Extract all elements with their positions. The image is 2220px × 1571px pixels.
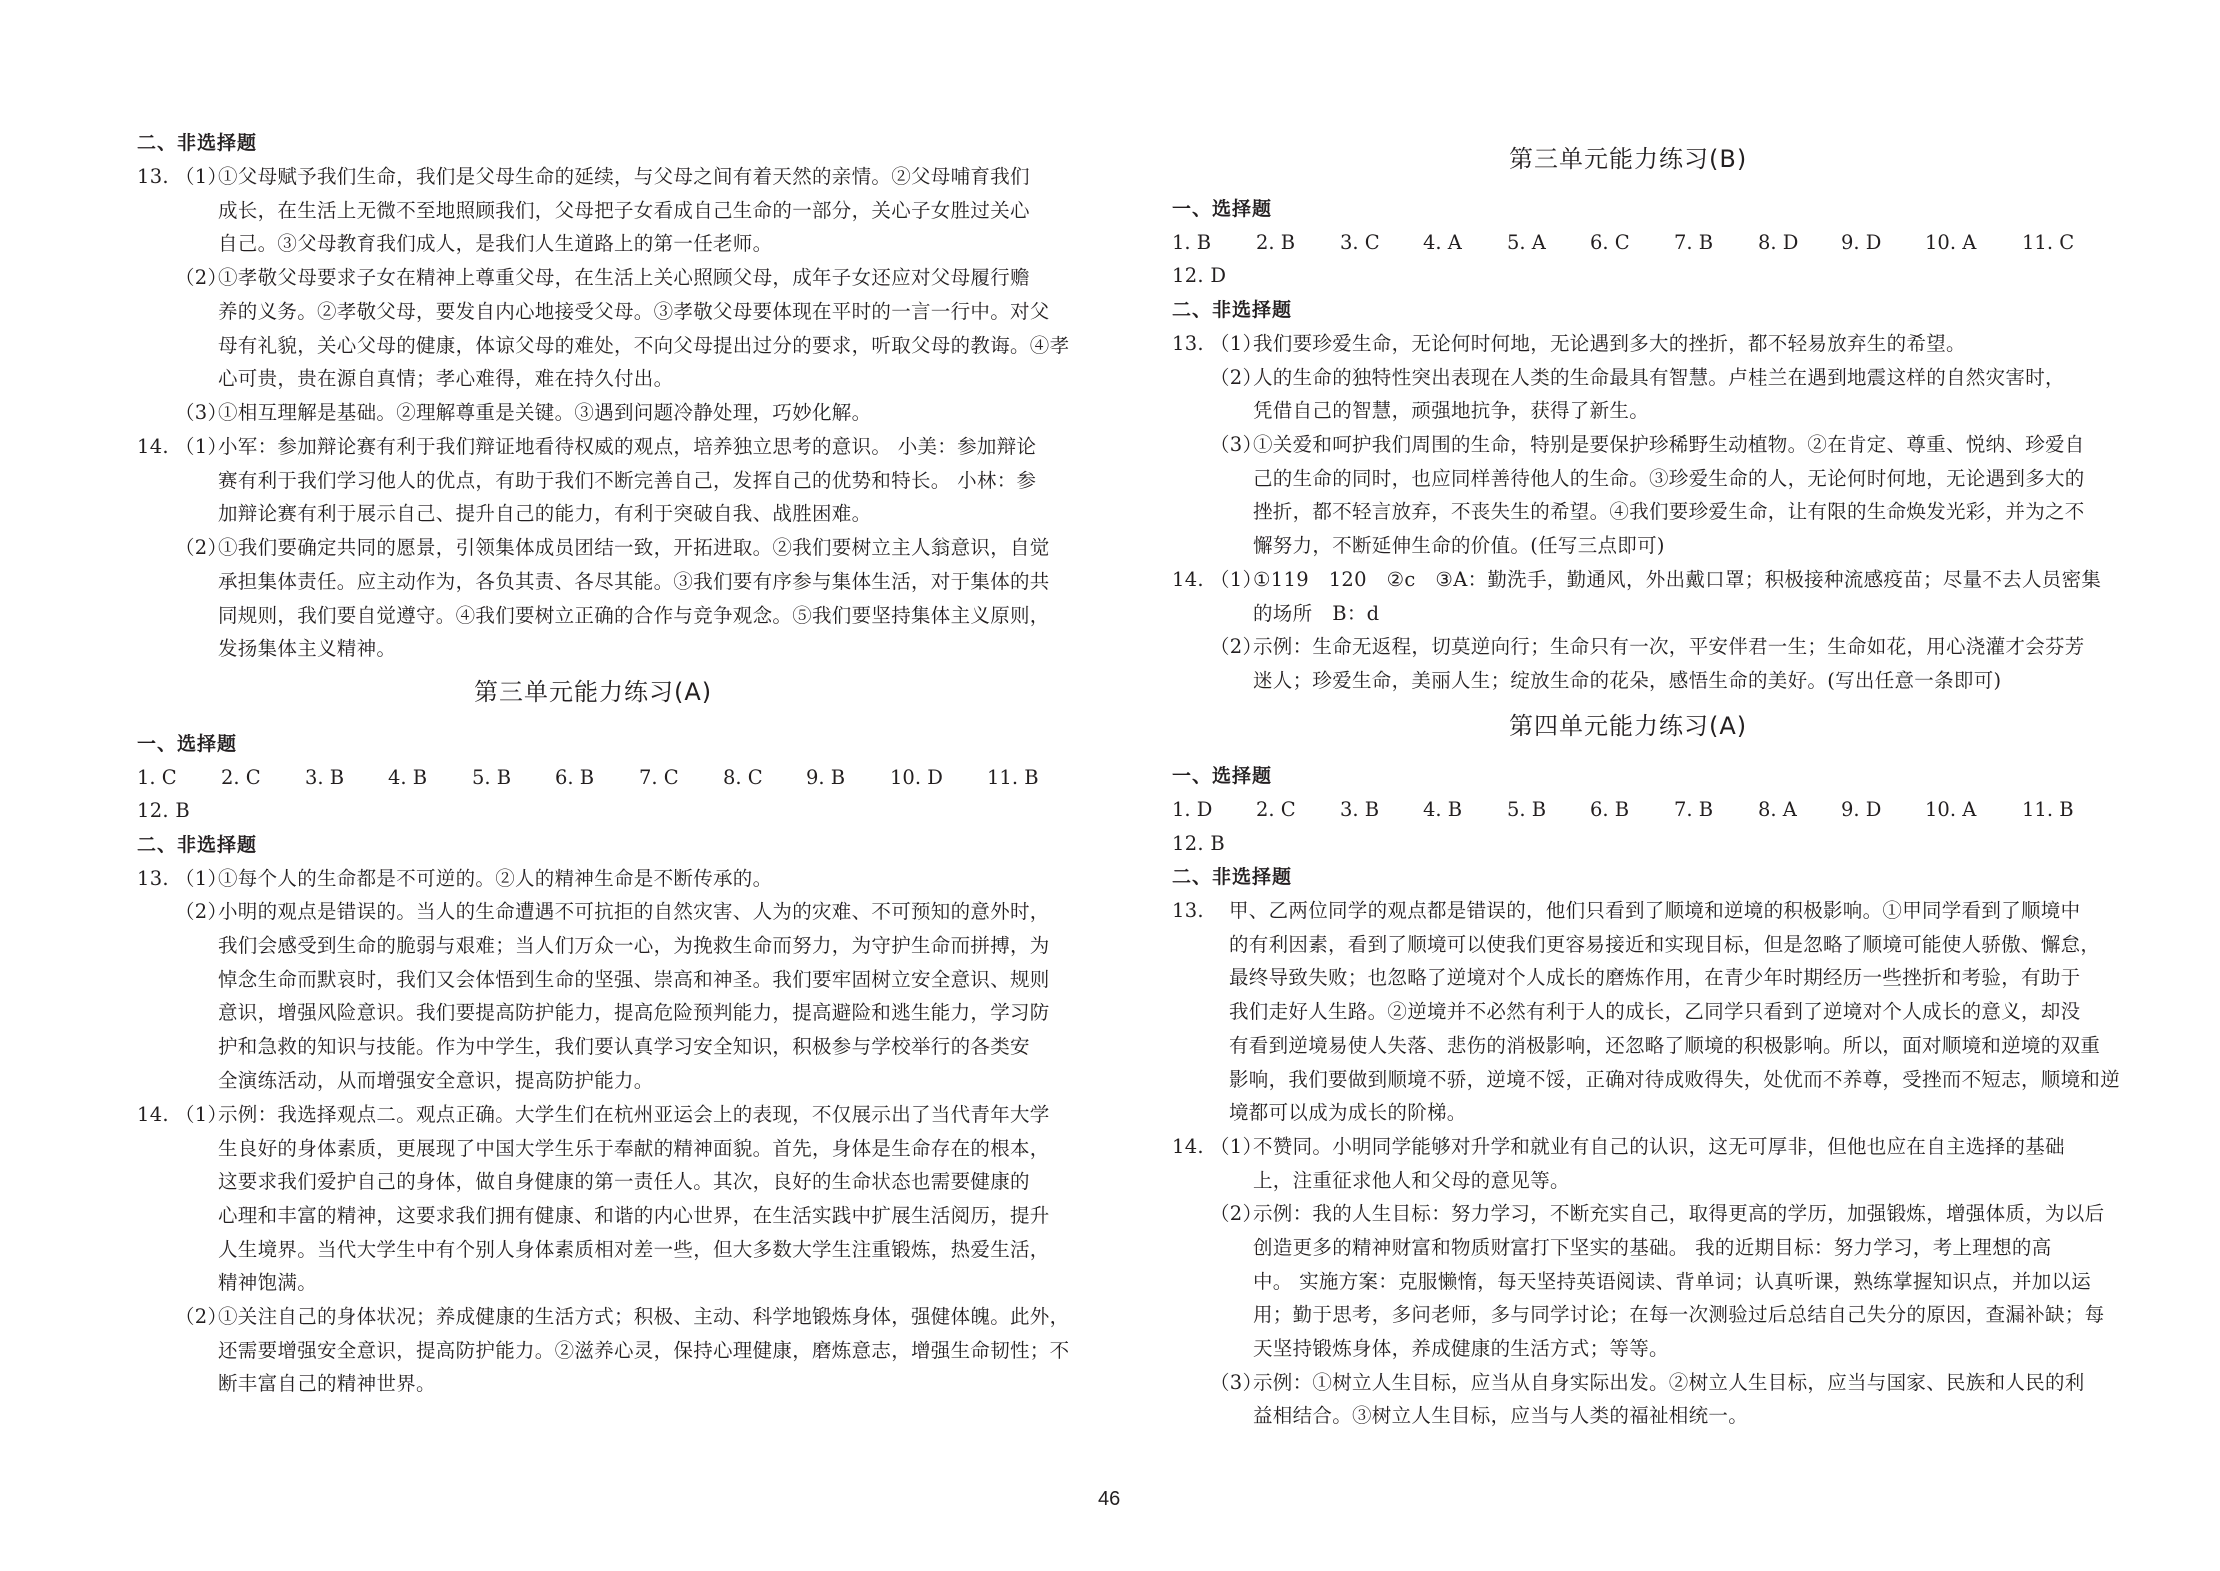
answer-line: 示例：我的人生目标：努力学习，不断充实自己，取得更高的学历，加强锻炼，增强体质，… [1253, 1202, 2104, 1226]
choice-answer: 1. C [137, 766, 177, 790]
answer-line: 加辩论赛有利于展示自己、提升自己的能力，有利于突破自我、战胜困难。 [218, 502, 871, 526]
answer-line: ①孝敬父母要求子女在精神上尊重父母，在生活上关心照顾父母，成年子女还应对父母履行… [218, 266, 1030, 290]
question-number: 14. [1172, 568, 1204, 592]
choice-answer: 2. B [1256, 231, 1295, 255]
answer-line: 还需要增强安全意识，提高防护能力。②滋养心灵，保持心理健康，磨炼意志，增强生命韧… [218, 1339, 1069, 1363]
choice-answer: 9. D [1841, 231, 1881, 255]
answer-line: 凭借自己的智慧，顽强地抗争，获得了新生。 [1253, 399, 1649, 423]
answer-line: 创造更多的精神财富和物质财富打下坚实的基础。 我的近期目标：努力学习，考上理想的… [1253, 1236, 2052, 1260]
choice-answer: 1. D [1172, 798, 1212, 822]
choice-answer: 6. B [555, 766, 594, 790]
choice-answer: 11. C [2022, 231, 2074, 255]
answer-line: 我们要珍爱生命，无论何时何地，无论遇到多大的挫折，都不轻易放弃生的希望。 [1253, 332, 1966, 356]
answer-line: ①每个人的生命都是不可逆的。②人的精神生命是不断传承的。 [218, 867, 772, 891]
answer-line: 心可贵，贵在源自真情；孝心难得，难在持久付出。 [218, 367, 673, 391]
answer-line: 心理和丰富的精神，这要求我们拥有健康、和谐的内心世界，在生活实践中扩展生活阅历，… [218, 1204, 1050, 1228]
section-heading-choice: 一、选择题 [1172, 764, 1272, 788]
choice-answer: 2. C [1256, 798, 1296, 822]
choice-answers-row: 1. C 2. C 3. B 4. B 5. B 6. B 7. C 8. C … [137, 766, 1097, 790]
choice-answer: 9. D [1841, 798, 1881, 822]
answer-line: 的场所 B：d [1253, 602, 1379, 626]
answer-line: 示例：①树立人生目标，应当从自身实际出发。②树立人生目标，应当与国家、民族和人民… [1253, 1371, 2085, 1395]
choice-answer: 5. B [1507, 798, 1546, 822]
answer-line: 赛有利于我们学习他人的优点，有助于我们不断完善自己，发挥自己的优势和特长。 小林… [218, 469, 1036, 493]
choice-answer: 8. A [1758, 798, 1797, 822]
choice-answer: 4. A [1423, 231, 1462, 255]
answer-line: 中。 实施方案：克服懒惰，每天坚持英语阅读、背单词；认真听课，熟练掌握知识点，并… [1253, 1270, 2091, 1294]
choice-answers-row: 1. D 2. C 3. B 4. B 5. B 6. B 7. B 8. A … [1172, 798, 2132, 822]
choice-answer: 3. B [305, 766, 344, 790]
answer-line: 同规则，我们要自觉遵守。④我们要树立正确的合作与竞争观念。⑤我们要坚持集体主义原… [218, 604, 1050, 628]
answer-line: 母有礼貌，关心父母的健康，体谅父母的难处，不向父母提出过分的要求，听取父母的教诲… [218, 334, 1069, 358]
choice-answer: 12. D [1172, 264, 1226, 288]
answer-line: 有看到逆境易使人失落、悲伤的消极影响，还忽略了顺境的积极影响。所以，面对顺境和逆… [1229, 1034, 2100, 1058]
answer-line: 这要求我们爱护自己的身体，做自身健康的第一责任人。其次，良好的生命状态也需要健康… [218, 1170, 1030, 1194]
choice-answer: 7. B [1674, 798, 1713, 822]
answer-line: 生良好的身体素质，更展现了中国大学生乐于奉献的精神面貌。首先，身体是生命存在的根… [218, 1137, 1050, 1161]
answer-line: ①父母赋予我们生命，我们是父母生命的延续，与父母之间有着天然的亲情。②父母哺育我… [218, 165, 1030, 189]
answer-line: 挫折，都不轻言放弃，不丧失生的希望。④我们要珍爱生命，让有限的生命焕发光彩，并为… [1253, 500, 2085, 524]
answer-line: 养的义务。②孝敬父母，要发自内心地接受父母。③孝敬父母要体现在平时的一言一行中。… [218, 300, 1050, 324]
answer-line: 发扬集体主义精神。 [218, 637, 396, 661]
answer-line: ①关注自己的身体状况；养成健康的生活方式；积极、主动、科学地锻炼身体，强健体魄。… [218, 1305, 1069, 1329]
answer-line: 示例：我选择观点二。观点正确。大学生们在杭州亚运会上的表现，不仅展示出了当代青年… [218, 1103, 1050, 1127]
answer-line: 人生境界。当代大学生中有个别人身体素质相对差一些，但大多数大学生注重锻炼，热爱生… [218, 1238, 1050, 1262]
section-heading-non-choice: 二、非选择题 [1172, 865, 1292, 889]
answer-line: ①相互理解是基础。②理解尊重是关键。③遇到问题冷静处理，巧妙化解。 [218, 401, 871, 425]
question-number: 14. [137, 435, 169, 459]
choice-answer: 2. C [221, 766, 261, 790]
answer-line: 不赞同。小明同学能够对升学和就业有自己的认识，这无可厚非，但他也应在自主选择的基… [1253, 1135, 2065, 1159]
answer-line: 精神饱满。 [218, 1271, 317, 1295]
answer-line: 人的生命的独特性突出表现在人类的生命最具有智慧。卢桂兰在遇到地震这样的自然灾害时… [1253, 366, 2065, 390]
choice-answers-row: 1. B 2. B 3. C 4. A 5. A 6. C 7. B 8. D … [1172, 231, 2132, 255]
choice-answer: 3. C [1340, 231, 1380, 255]
answer-line: 迷人；珍爱生命，美丽人生；绽放生命的花朵，感悟生命的美好。(写出任意一条即可) [1253, 669, 2001, 693]
choice-answer: 8. D [1758, 231, 1798, 255]
choice-answer: 3. B [1340, 798, 1379, 822]
choice-answer: 12. B [137, 799, 190, 823]
choice-answer: 11. B [987, 766, 1039, 790]
page-number: 46 [1098, 1488, 1120, 1511]
choice-answer: 10. A [1925, 798, 1976, 822]
answer-line: 我们走好人生路。②逆境并不必然有利于人的成长，乙同学只看到了逆境对个人成长的意义… [1229, 1000, 2080, 1024]
unit-title: 第三单元能力练习(A) [474, 677, 712, 707]
answer-line: 意识，增强风险意识。我们要提高防护能力，提高危险预判能力，提高避险和逃生能力，学… [218, 1001, 1050, 1025]
choice-answer: 12. B [1172, 832, 1225, 856]
answer-line: 的有利因素，看到了顺境可以使我们更容易接近和实现目标，但是忽略了顺境可能使人骄傲… [1229, 933, 2100, 957]
choice-answer: 10. D [890, 766, 943, 790]
answer-line: 影响，我们要做到顺境不骄，逆境不馁，正确对待成败得失，处优而不养尊，受挫而不短志… [1229, 1068, 2120, 1092]
choice-answer: 5. A [1507, 231, 1546, 255]
answer-line: 上，注重征求他人和父母的意见等。 [1253, 1169, 1570, 1193]
answer-line: 最终导致失败；也忽略了逆境对个人成长的磨炼作用，在青少年时期经历一些挫折和考验，… [1229, 966, 2080, 990]
section-heading-non-choice: 二、非选择题 [137, 833, 257, 857]
question-number: 14. [1172, 1135, 1204, 1159]
choice-answer: 6. B [1590, 798, 1629, 822]
answer-line: 成长，在生活上无微不至地照顾我们，父母把子女看成自己生命的一部分，关心子女胜过关… [218, 199, 1030, 223]
choice-answer: 9. B [806, 766, 845, 790]
answer-line: 益相结合。③树立人生目标，应当与人类的福祉相统一。 [1253, 1404, 1748, 1428]
section-heading-non-choice: 二、非选择题 [1172, 298, 1292, 322]
choice-answer: 1. B [1172, 231, 1211, 255]
answer-line: 全演练活动，从而增强安全意识，提高防护能力。 [218, 1069, 654, 1093]
answer-line: 小明的观点是错误的。当人的生命遭遇不可抗拒的自然灾害、人为的灾难、不可预知的意外… [218, 900, 1050, 924]
answer-key-page: 二、非选择题 13. （1） ①父母赋予我们生命，我们是父母生命的延续，与父母之… [0, 0, 2220, 1571]
question-number: 13. [1172, 899, 1204, 923]
answer-line: 己的生命的同时，也应同样善待他人的生命。③珍爱生命的人，无论何时何地，无论遇到多… [1253, 467, 2085, 491]
choice-answer: 11. B [2022, 798, 2074, 822]
section-heading-choice: 一、选择题 [137, 732, 237, 756]
answer-line: 断丰富自己的精神世界。 [218, 1372, 436, 1396]
answer-line: ①119 120 ②c ③A：勤洗手，勤通风，外出戴口罩；积极接种流感疫苗；尽量… [1253, 568, 2101, 592]
answer-line: 甲、乙两位同学的观点都是错误的，他们只看到了顺境和逆境的积极影响。①甲同学看到了… [1229, 899, 2080, 923]
question-number: 13. [137, 867, 169, 891]
answer-line: 小军：参加辩论赛有利于我们辩证地看待权威的观点，培养独立思考的意识。 小美：参加… [218, 435, 1036, 459]
choice-answer: 4. B [388, 766, 427, 790]
answer-line: 承担集体责任。应主动作为，各负其责、各尽其能。③我们要有序参与集体生活，对于集体… [218, 570, 1050, 594]
answer-line: 护和急救的知识与技能。作为中学生，我们要认真学习安全知识，积极参与学校举行的各类… [218, 1035, 1030, 1059]
section-heading-choice: 一、选择题 [1172, 197, 1272, 221]
answer-line: 懈努力，不断延伸生命的价值。(任写三点即可) [1253, 534, 1665, 558]
choice-answer: 6. C [1590, 231, 1630, 255]
choice-answer: 10. A [1925, 231, 1976, 255]
answer-line: 境都可以成为成长的阶梯。 [1229, 1101, 1467, 1125]
choice-answer: 7. B [1674, 231, 1713, 255]
answer-line: 我们会感受到生命的脆弱与艰难；当人们万众一心，为挽救生命而努力，为守护生命而拼搏… [218, 934, 1050, 958]
answer-line: ①我们要确定共同的愿景，引领集体成员团结一致，开拓进取。②我们要树立主人翁意识，… [218, 536, 1050, 560]
answer-line: 悼念生命而默哀时，我们又会体悟到生命的坚强、崇高和神圣。我们要牢固树立安全意识、… [218, 968, 1050, 992]
unit-title: 第四单元能力练习(A) [1509, 711, 1747, 741]
choice-answer: 5. B [472, 766, 511, 790]
question-number: 13. [137, 165, 169, 189]
choice-answer: 8. C [723, 766, 763, 790]
choice-answer: 7. C [639, 766, 679, 790]
section-heading-non-choice: 二、非选择题 [137, 131, 257, 155]
answer-line: 自己。③父母教育我们成人，是我们人生道路上的第一任老师。 [218, 232, 772, 256]
answer-line: 用；勤于思考，多问老师，多与同学讨论；在每一次测验过后总结自己失分的原因，查漏补… [1253, 1303, 2104, 1327]
unit-title: 第三单元能力练习(B) [1509, 144, 1747, 174]
question-number: 14. [137, 1103, 169, 1127]
answer-line: 天坚持锻炼身体，养成健康的生活方式；等等。 [1253, 1337, 1669, 1361]
question-number: 13. [1172, 332, 1204, 356]
choice-answer: 4. B [1423, 798, 1462, 822]
answer-line: 示例：生命无返程，切莫逆向行；生命只有一次，平安伴君一生；生命如花，用心浇灌才会… [1253, 635, 2085, 659]
answer-line: ①关爱和呵护我们周围的生命，特别是要保护珍稀野生动植物。②在肯定、尊重、悦纳、珍… [1253, 433, 2085, 457]
